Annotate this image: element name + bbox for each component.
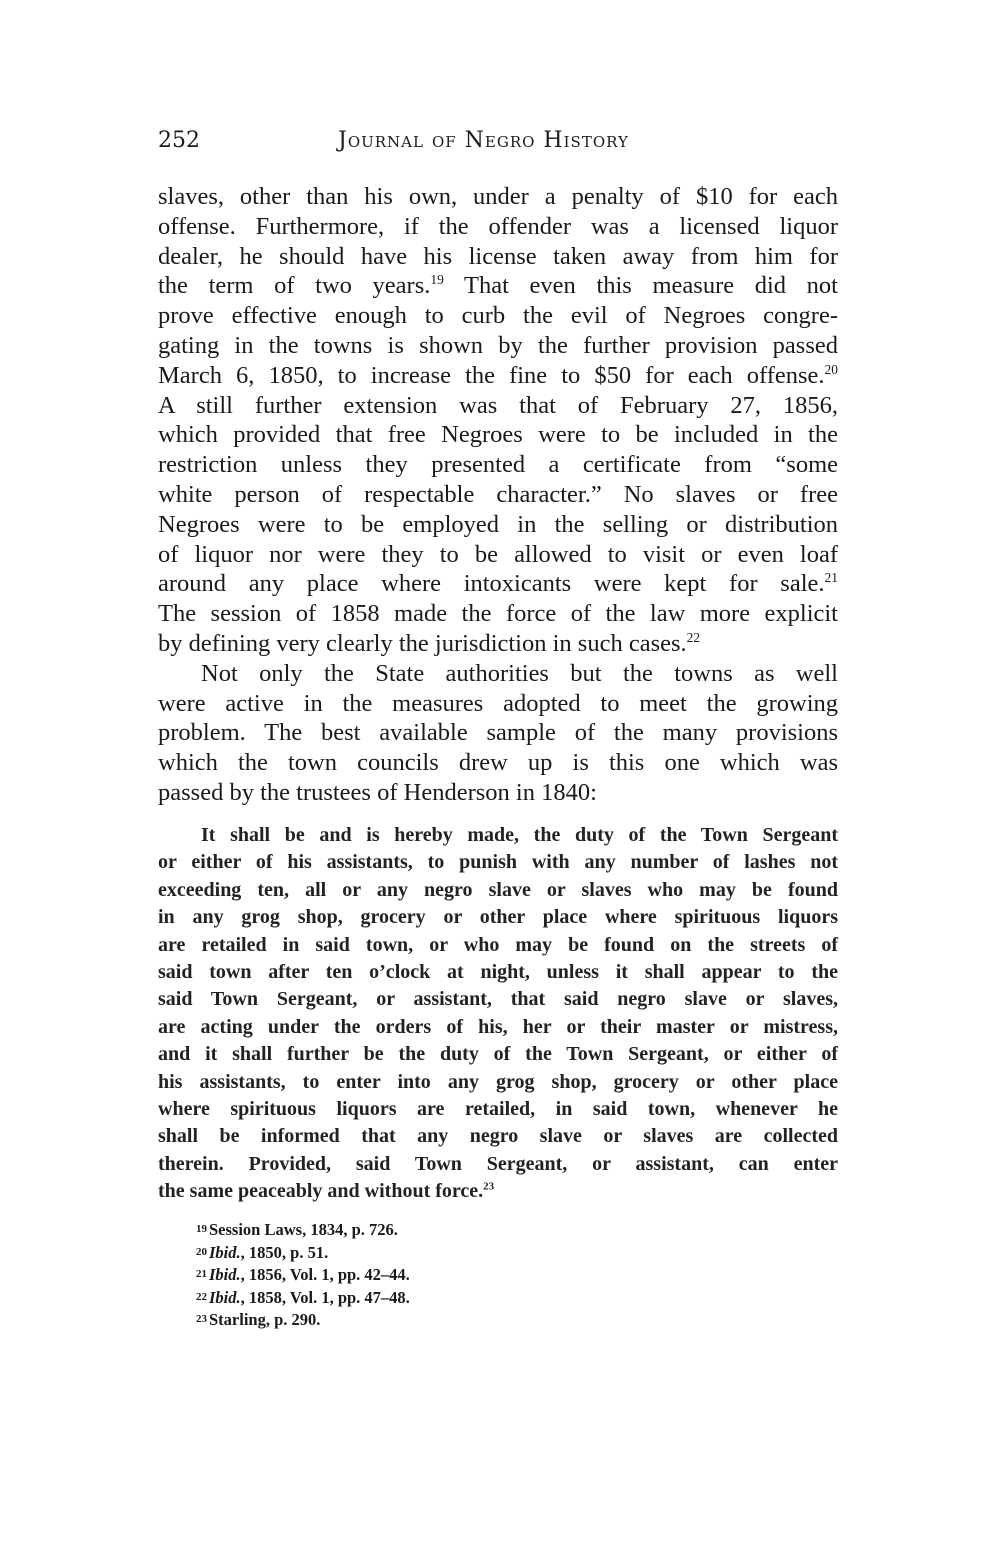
quote-line: therein. Provided, said Town Sergeant, o… (158, 1151, 838, 1178)
footnote-text: Starling, p. 290. (209, 1310, 320, 1329)
quote-line: are retailed in said town, or who may be… (158, 932, 838, 959)
quote-line: said Town Sergeant, or assistant, that s… (158, 986, 838, 1013)
quote-line: are acting under the orders of his, her … (158, 1014, 838, 1041)
line-text: where spirituous liquors are retailed, i… (158, 1098, 838, 1120)
footnote-22: 22Ibid., 1858, Vol. 1, pp. 47–48. (196, 1286, 836, 1309)
body-line: problem. The best available sample of th… (158, 718, 838, 748)
line-text: slaves, other than his own, under a pena… (158, 183, 838, 210)
footnote-italic: Ibid. (209, 1265, 241, 1284)
line-text: exceeding ten, all or any negro slave or… (158, 879, 838, 901)
quote-line: the same peaceably and without force.23 (158, 1178, 838, 1205)
line-text: Negroes were to be employed in the selli… (158, 511, 838, 538)
line-text: are retailed in said town, or who may be… (158, 934, 838, 956)
line-text: which provided that free Negroes were to… (158, 421, 838, 448)
body-line: Not only the State authorities but the t… (158, 659, 838, 689)
body-line: which the town councils drew up is this … (158, 748, 838, 778)
line-text: Not only the State authorities but the t… (201, 660, 838, 687)
document-page: 252 Journal of Negro History slaves, oth… (0, 0, 1000, 1554)
footnote-ref-19: 19 (430, 272, 443, 287)
footnote-number: 21 (196, 1268, 207, 1280)
body-line: which provided that free Negroes were to… (158, 420, 838, 450)
line-text: problem. The best available sample of th… (158, 719, 838, 746)
body-line: were active in the measures adopted to m… (158, 689, 838, 719)
line-text: gating in the towns is shown by the furt… (158, 332, 838, 359)
body-line: by defining very clearly the jurisdictio… (158, 629, 838, 659)
quote-line: exceeding ten, all or any negro slave or… (158, 877, 838, 904)
footnote-text: , 1856, Vol. 1, pp. 42–44. (241, 1265, 410, 1284)
line-text: around any place where intoxicants were … (158, 570, 825, 597)
footnote-text: , 1850, p. 51. (241, 1243, 329, 1262)
line-text: offense. Furthermore, if the offender wa… (158, 213, 838, 240)
body-line: offense. Furthermore, if the offender wa… (158, 212, 838, 242)
body-line: of liquor nor were they to be allowed to… (158, 540, 838, 570)
body-line: Negroes were to be employed in the selli… (158, 510, 838, 540)
line-text: The session of 1858 made the force of th… (158, 600, 838, 627)
body-line: slaves, other than his own, under a pena… (158, 182, 838, 212)
body-line: March 6, 1850, to increase the fine to $… (158, 361, 838, 391)
footnote-19: 19Session Laws, 1834, p. 726. (196, 1218, 836, 1241)
line-text: therein. Provided, said Town Sergeant, o… (158, 1153, 838, 1175)
quote-line: his assistants, to enter into any grog s… (158, 1069, 838, 1096)
footnote-20: 20Ibid., 1850, p. 51. (196, 1241, 836, 1264)
line-text: That even this measure did not (444, 272, 838, 299)
footnotes: 19Session Laws, 1834, p. 726. 20Ibid., 1… (196, 1218, 836, 1331)
body-line: dealer, he should have his license taken… (158, 242, 838, 272)
body-line: prove effective enough to curb the evil … (158, 301, 838, 331)
quote-line: said town after ten o’clock at night, un… (158, 959, 838, 986)
body-line: gating in the towns is shown by the furt… (158, 331, 838, 361)
line-text: said Town Sergeant, or assistant, that s… (158, 988, 838, 1010)
line-text: the term of two years. (158, 272, 430, 299)
body-line: A still further extension was that of Fe… (158, 391, 838, 421)
line-text: the same peaceably and without force. (158, 1180, 483, 1202)
line-text: are acting under the orders of his, her … (158, 1016, 838, 1038)
footnote-italic: Ibid. (209, 1243, 241, 1262)
quote-line: where spirituous liquors are retailed, i… (158, 1096, 838, 1123)
line-text: in any grog shop, grocery or other place… (158, 906, 838, 928)
footnote-21: 21Ibid., 1856, Vol. 1, pp. 42–44. (196, 1263, 836, 1286)
body-paragraphs: slaves, other than his own, under a pena… (158, 182, 838, 808)
line-text: prove effective enough to curb the evil … (158, 302, 838, 329)
footnote-number: 22 (196, 1291, 207, 1303)
line-text: dealer, he should have his license taken… (158, 243, 838, 270)
running-title: Journal of Negro History (338, 128, 629, 153)
line-text: and it shall further be the duty of the … (158, 1043, 838, 1065)
line-text: A still further extension was that of Fe… (158, 392, 838, 419)
footnote-text: Session Laws, 1834, p. 726. (209, 1220, 398, 1239)
quote-line: in any grog shop, grocery or other place… (158, 904, 838, 931)
footnote-23: 23Starling, p. 290. (196, 1308, 836, 1331)
body-line: around any place where intoxicants were … (158, 569, 838, 599)
footnote-number: 19 (196, 1223, 207, 1235)
line-text: or either of his assistants, to punish w… (158, 851, 838, 873)
body-line: passed by the trustees of Henderson in 1… (158, 778, 838, 808)
footnote-number: 20 (196, 1246, 207, 1258)
line-text: said town after ten o’clock at night, un… (158, 961, 838, 983)
quote-line: or either of his assistants, to punish w… (158, 849, 838, 876)
line-text: by defining very clearly the jurisdictio… (158, 630, 687, 657)
footnote-number: 23 (196, 1313, 207, 1325)
page-header: 252 Journal of Negro History (158, 128, 838, 164)
body-line: restriction unless they presented a cert… (158, 450, 838, 480)
line-text: of liquor nor were they to be allowed to… (158, 541, 838, 568)
line-text: passed by the trustees of Henderson in 1… (158, 779, 597, 806)
footnote-italic: Ibid. (209, 1288, 241, 1307)
body-line: the term of two years.19 That even this … (158, 271, 838, 301)
body-line: white person of respectable character.” … (158, 480, 838, 510)
footnote-ref-20: 20 (825, 362, 838, 377)
footnote-ref-23: 23 (483, 1180, 494, 1192)
quote-line: shall be informed that any negro slave o… (158, 1123, 838, 1150)
line-text: restriction unless they presented a cert… (158, 451, 838, 478)
footnote-ref-22: 22 (687, 630, 700, 645)
block-quote: It shall be and is hereby made, the duty… (158, 822, 838, 1205)
quote-line: and it shall further be the duty of the … (158, 1041, 838, 1068)
line-text: his assistants, to enter into any grog s… (158, 1071, 838, 1093)
line-text: March 6, 1850, to increase the fine to $… (158, 362, 825, 389)
line-text: were active in the measures adopted to m… (158, 690, 838, 717)
quote-line: It shall be and is hereby made, the duty… (158, 822, 838, 849)
footnote-text: , 1858, Vol. 1, pp. 47–48. (241, 1288, 410, 1307)
footnote-ref-21: 21 (825, 570, 838, 585)
line-text: shall be informed that any negro slave o… (158, 1125, 838, 1147)
body-line: The session of 1858 made the force of th… (158, 599, 838, 629)
line-text: which the town councils drew up is this … (158, 749, 838, 776)
line-text: white person of respectable character.” … (158, 481, 838, 508)
page-number: 252 (158, 128, 200, 153)
line-text: It shall be and is hereby made, the duty… (201, 824, 838, 846)
